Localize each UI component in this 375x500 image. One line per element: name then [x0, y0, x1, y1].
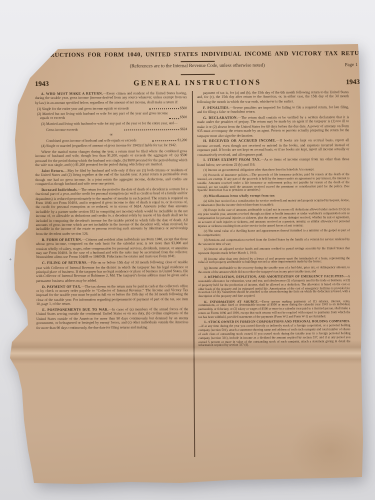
document-title: INSTRUCTIONS FOR FORM 1040, UNITED STATE… — [35, 51, 360, 59]
leader-line-item: Gross income exceeds$624 — [35, 127, 187, 132]
year-right: 1943 — [346, 78, 360, 86]
torn-paper-sheet: INSTRUCTIONS FOR FORM 1040, UNITED STATE… — [0, 0, 375, 500]
dotted-leader — [169, 118, 179, 119]
paragraph: (a) Gifts (not received as a considerati… — [198, 199, 350, 208]
paragraph: B. FORM OF RETURN.—Citizens and resident… — [36, 237, 188, 260]
document-paper: INSTRUCTIONS FOR FORM 1040, UNITED STATE… — [0, 0, 375, 500]
section-label: D. PAYMENT OF TAX. — [42, 284, 81, 288]
section-label: J. DEPRECIATION, DEPLETION, AND AMORTIZA… — [204, 274, 345, 279]
paragraph: Where the marital status changes during … — [35, 149, 187, 167]
two-column-text: A. WHO MUST MAKE A RETURN.—Every citizen… — [35, 90, 362, 464]
paragraph: (f) Income other than rent derived by a … — [198, 257, 350, 266]
amount-value: $500 — [180, 106, 187, 110]
section-label: F. PENALTIES. — [203, 105, 230, 109]
paragraph: (g) Income attributable to the recovery … — [198, 266, 350, 275]
paragraph: payment of tax is, for (a) and (b), the … — [197, 90, 349, 104]
section-label: I. ITEMS EXEMPT FROM TAX. — [203, 158, 260, 162]
dotted-leader — [152, 140, 177, 141]
fold-crease — [0, 340, 375, 364]
item-text: (2) Married but not living with husband … — [35, 111, 168, 121]
paragraph: (e) Interest on adjusted service bonds a… — [198, 248, 350, 257]
paragraph: (4) Single or married (regardless of amo… — [35, 143, 187, 148]
amount-value: $624 — [180, 127, 187, 131]
paragraph: (c) The rental value of a dwelling house… — [198, 229, 350, 238]
section-label: E. POSTPONEMENTS DUE TO WAR. — [42, 308, 108, 312]
center-line: or — [35, 132, 187, 137]
paragraph: H. RECEIVED OR ACCRUED INCOME.—If books … — [197, 138, 349, 156]
paragraph: Deceased Individuals.—The return for the… — [36, 187, 188, 236]
section-label: K. INFORMATION AT SOURCE. — [204, 299, 259, 303]
right-column: payment of tax is, for (a) and (b), the … — [197, 90, 351, 463]
leader-line-item: (2) Married but not living with husband … — [35, 111, 187, 121]
item-text: Gross income exceeds — [35, 127, 123, 132]
section-title: GENERAL INSTRUCTIONS — [134, 78, 262, 88]
paragraph: (2) Proceeds of insurance policies.—The … — [197, 173, 349, 193]
amount-value: $500 — [180, 116, 187, 120]
paragraph: I. ITEMS EXEMPT FROM TAX.—As to items of… — [197, 158, 349, 168]
leader-line-item: Combined gross income of husband and wif… — [35, 138, 187, 143]
amount-value: $1,200 — [177, 138, 187, 142]
section-label: L. STOCK OWNED IN FOREIGN CORPORATIONS A… — [204, 319, 350, 324]
leader-line-item: (1) Single for the entire year and gross… — [35, 106, 187, 111]
section-label: (3) Miscellaneous items wholly exempt fr… — [204, 193, 276, 197]
paragraph: D. PAYMENT OF TAX.—The tax shown on the … — [36, 284, 188, 307]
section-label: Joint Return. — [41, 169, 64, 173]
paragraph: G. DECLARATION.—The return shall contain… — [197, 115, 349, 138]
section-label: B. FORM OF RETURN. — [42, 237, 82, 241]
column-divider — [191, 91, 194, 457]
paragraph: Joint Return.—May be filed by husband an… — [35, 168, 187, 186]
subtitle-row: (References are to the Internal Revenue … — [35, 63, 360, 72]
section-label: C. FILING OF RETURNS. — [42, 261, 88, 265]
photo-background: + INSTRUCTIONS FOR FORM 1040, UNITED STA… — [0, 0, 375, 500]
document-content: INSTRUCTIONS FOR FORM 1040, UNITED STATE… — [35, 51, 363, 483]
section-label: H. RECEIVED OR ACCRUED INCOME. — [203, 139, 276, 143]
divider-rule — [180, 61, 214, 62]
year-left: 1943 — [35, 80, 49, 88]
left-column: A. WHO MUST MAKE A RETURN.—Every citizen… — [35, 91, 189, 464]
section-label: Deceased Individuals. — [42, 188, 78, 192]
item-text: (1) Single for the entire year and gross… — [35, 106, 148, 111]
paragraph: A. WHO MUST MAKE A RETURN.—Every citizen… — [35, 91, 187, 105]
item-text: Combined gross income of husband and wif… — [35, 138, 151, 143]
section-header-row: 1943 GENERAL INSTRUCTIONS 1943 — [35, 77, 360, 88]
page-number: Page 1 — [345, 63, 358, 68]
paragraph: (b) Except in the case of amounts attrib… — [198, 208, 350, 228]
paragraph: K. INFORMATION AT SOURCE.—Every person m… — [198, 300, 350, 320]
paragraph: E. POSTPONEMENTS DUE TO WAR.—In cases of… — [36, 307, 188, 330]
paragraph: C. FILING OF RETURNS.—File on or before … — [36, 260, 188, 283]
divider-rule — [180, 74, 214, 75]
section-label: G. DECLARATION. — [203, 116, 238, 120]
dotted-leader — [124, 130, 179, 131]
paragraph: (d) Pensions and compensation received f… — [198, 238, 350, 247]
section-label: A. WHO MUST MAKE A RETURN. — [41, 92, 103, 96]
dotted-leader — [149, 108, 179, 109]
paragraph: F. PENALTIES.—Severe penalties are impos… — [197, 105, 349, 115]
paragraph: J. DEPRECIATION, DEPLETION, AND AMORTIZA… — [198, 275, 350, 299]
document-subtitle: (References are to the Internal Revenue … — [130, 64, 265, 70]
paragraph: (3) Married and living with husband or w… — [35, 121, 187, 126]
